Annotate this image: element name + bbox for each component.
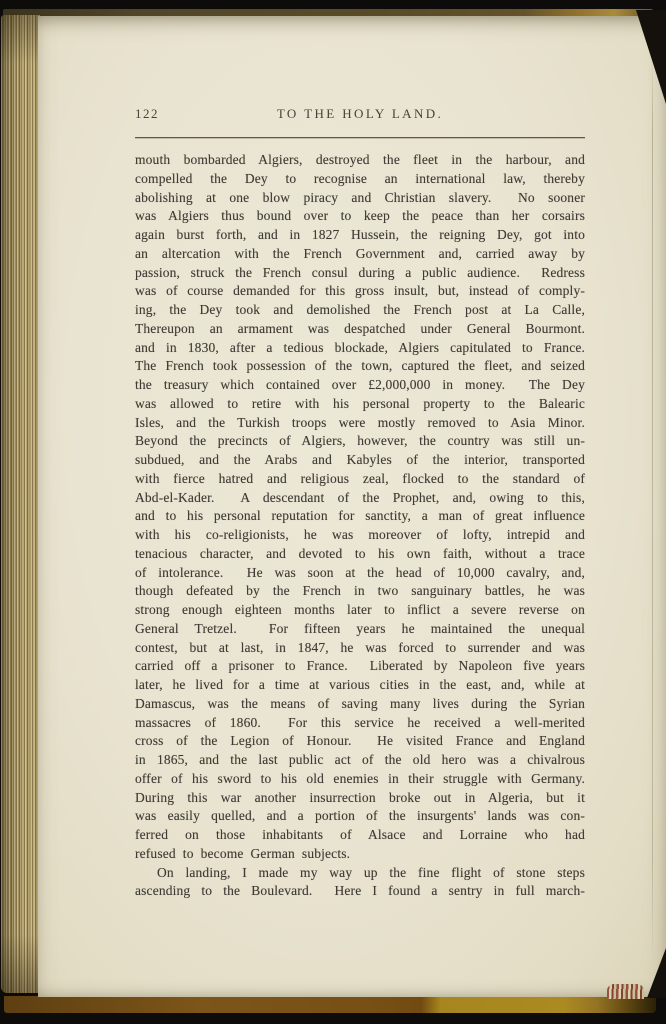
text-line: compelled the Dey to recognise an intern…	[135, 170, 585, 189]
page-number: 122	[135, 106, 159, 122]
text-line: with his co-religionists, he was moreove…	[135, 526, 585, 545]
text-line: was allowed to retire with his personal …	[135, 395, 585, 414]
text-line: was easily quelled, and a portion of the…	[135, 807, 585, 826]
body-text: mouth bombarded Algiers, destroyed the f…	[135, 151, 585, 901]
page-header: 122 TO THE HOLY LAND.	[135, 106, 585, 124]
text-line: mouth bombarded Algiers, destroyed the f…	[135, 151, 585, 170]
text-line: and to his personal reputation for sanct…	[135, 507, 585, 526]
text-line: of intolerance. He was soon at the head …	[135, 564, 585, 583]
text-line: The French took possession of the town, …	[135, 357, 585, 376]
page-edges-stack	[1, 15, 40, 993]
text-line: tenacious character, and devoted to his …	[135, 545, 585, 564]
text-line: Abd-el-Kader. A descendant of the Prophe…	[135, 489, 585, 508]
text-line: and in 1830, after a tedious blockade, A…	[135, 339, 585, 358]
text-line: in 1865, and the last public act of the …	[135, 751, 585, 770]
text-line: an altercation with the French Governmen…	[135, 245, 585, 264]
text-line: Thereupon an armament was despatched und…	[135, 320, 585, 339]
book-cover-bottom-edge	[4, 996, 656, 1013]
page-right-crease	[652, 56, 653, 966]
running-head: TO THE HOLY LAND.	[277, 106, 443, 121]
text-line: passion, struck the French consul during…	[135, 264, 585, 283]
text-line: again burst forth, and in 1827 Hussein, …	[135, 226, 585, 245]
text-line: On landing, I made my way up the fine fl…	[135, 864, 585, 883]
text-line: offer of his sword to his old enemies in…	[135, 770, 585, 789]
text-line: contest, but at last, in 1847, he was fo…	[135, 639, 585, 658]
text-line: massacres of 1860. For this service he r…	[135, 714, 585, 733]
text-line: was of course demanded for this gross in…	[135, 282, 585, 301]
header-rule	[135, 137, 585, 138]
text-line: with fierce hatred and religious zeal, f…	[135, 470, 585, 489]
text-line: strong enough eighteen months later to i…	[135, 601, 585, 620]
text-line: later, he lived for a time at various ci…	[135, 676, 585, 695]
book-scan: 122 TO THE HOLY LAND. mouth bombarded Al…	[0, 0, 666, 1024]
text-line: Isles, and the Turkish troops were mostl…	[135, 414, 585, 433]
text-line: though defeated by the French in two san…	[135, 582, 585, 601]
text-line: Beyond the precincts of Algiers, however…	[135, 432, 585, 451]
text-line: ing, the Dey took and demolished the Fre…	[135, 301, 585, 320]
text-line: ascending to the Boulevard. Here I found…	[135, 882, 585, 901]
text-line: refused to become German subjects.	[135, 845, 585, 864]
text-line: carried off a prisoner to France. Libera…	[135, 657, 585, 676]
text-line: subdued, and the Arabs and Kabyles of th…	[135, 451, 585, 470]
text-line: General Tretzel. For fifteen years he ma…	[135, 620, 585, 639]
page-content: 122 TO THE HOLY LAND. mouth bombarded Al…	[135, 106, 585, 901]
text-line: was Algiers thus bound over to keep the …	[135, 207, 585, 226]
marbled-edge-bottom-right	[607, 984, 644, 999]
text-line: the treasury which contained over £2,000…	[135, 376, 585, 395]
text-line: During this war another insurrection bro…	[135, 789, 585, 808]
text-line: ferred on those inhabitants of Alsace an…	[135, 826, 585, 845]
text-line: Damascus, was the means of saving many l…	[135, 695, 585, 714]
text-line: abolishing at one blow piracy and Christ…	[135, 189, 585, 208]
text-line: cross of the Legion of Honour. He visite…	[135, 732, 585, 751]
